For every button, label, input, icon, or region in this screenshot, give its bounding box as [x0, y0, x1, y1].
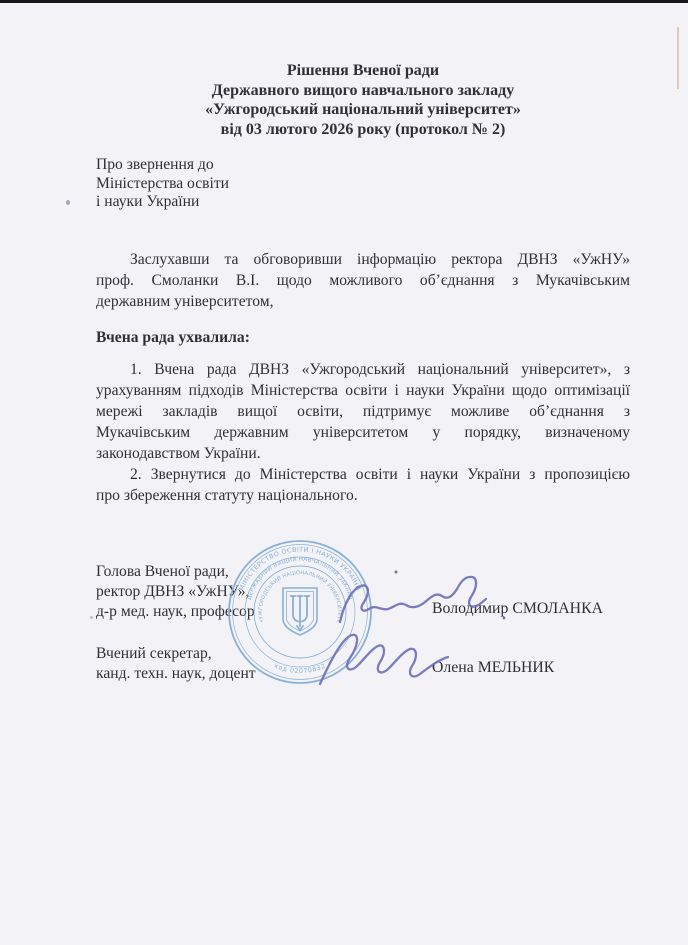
text-line: проф. Смоланки В.І. щодо можливого об’єд… [96, 270, 630, 291]
resolution-item-1: 1. Вчена рада ДВНЗ «Ужгородський націона… [96, 359, 630, 464]
scan-speck [90, 616, 93, 619]
subject-line: Міністерства освіти [96, 175, 630, 194]
scan-speck [66, 200, 70, 205]
university-seal-stamp: МІНІСТЕРСТВО ОСВІТИ І НАУКИ УКРАЇНИ код … [227, 539, 373, 685]
text-line: Заслухавши та обговоривши інформацію рек… [96, 249, 630, 270]
header-line: Рішення Вченої ради [96, 61, 630, 81]
decision-header: Рішення Вченої ради Державного вищого на… [96, 61, 630, 139]
scan-edge-artifact [677, 27, 679, 89]
header-line: «Ужгородський національний університет» [96, 100, 630, 120]
text-line: Мукачівським державним університетом у п… [96, 422, 630, 443]
header-line: від 03 лютого 2026 року (протокол № 2) [96, 120, 630, 140]
subject-block: Про звернення до Міністерства освіти і н… [96, 156, 630, 212]
subject-line: Про звернення до [96, 156, 630, 175]
secretary-name: Олена МЕЛЬНИК [432, 658, 554, 678]
intro-paragraph: Заслухавши та обговоривши інформацію рек… [96, 249, 630, 312]
text-line: про збереження статуту національного. [96, 485, 630, 506]
subject-line: і науки України [96, 193, 630, 212]
rector-name: Володимир СМОЛАНКА [432, 599, 603, 619]
scanned-document-page: Рішення Вченої ради Державного вищого на… [0, 0, 688, 945]
text-line: законодавством України. [96, 443, 630, 464]
resolution-item-2: 2. Звернутися до Міністерства освіти і н… [96, 464, 630, 506]
text-line: урахуванням підходів Міністерства освіти… [96, 380, 630, 401]
text-line: державним університетом, [96, 291, 630, 312]
scan-edge-top [0, 0, 688, 3]
coat-of-arms-tryzub-icon [283, 588, 317, 635]
text-line: 1. Вчена рада ДВНЗ «Ужгородський націона… [96, 359, 630, 380]
resolution-heading: Вчена рада ухвалила: [96, 327, 630, 348]
resolution-items: 1. Вчена рада ДВНЗ «Ужгородський націона… [96, 359, 630, 506]
text-line: мережі закладів вищої освіти, підтримує … [96, 401, 630, 422]
text-line: 2. Звернутися до Міністерства освіти і н… [96, 464, 630, 485]
header-line: Державного вищого навчального закладу [96, 81, 630, 101]
